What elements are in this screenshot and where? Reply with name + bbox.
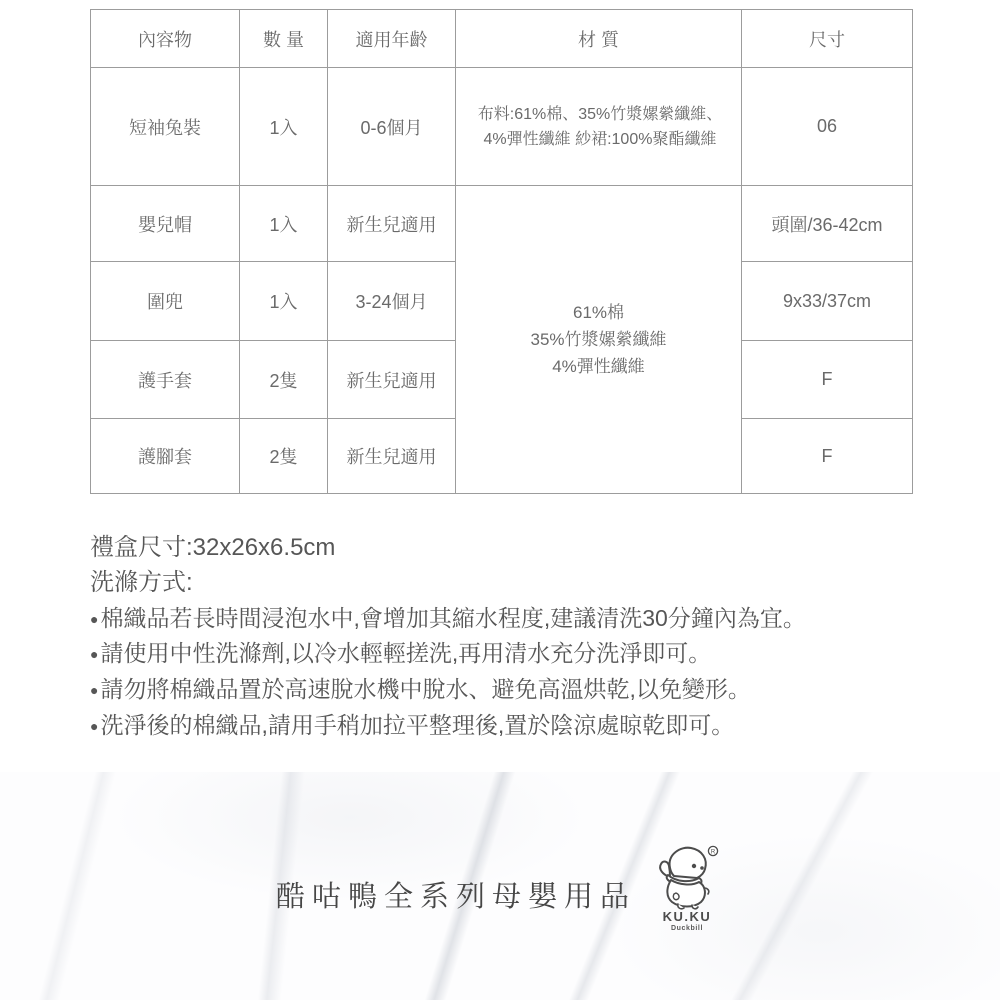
col-header-quantity: 數 量 <box>240 10 328 68</box>
cell-age: 3-24個月 <box>328 262 456 341</box>
cell-item: 短袖兔裝 <box>91 68 240 186</box>
giftbox-size-text: 禮盒尺寸:32x26x6.5cm <box>90 531 950 566</box>
col-header-size: 尺寸 <box>742 10 913 68</box>
care-info-block: 禮盒尺寸:32x26x6.5cm 洗滌方式: ●棉織品若長時間浸泡水中,會增加其… <box>90 531 950 744</box>
cell-quantity: 1入 <box>240 68 328 186</box>
duck-icon: R <box>654 844 720 912</box>
material-line: 35%竹漿嫘縈纖維 <box>456 326 741 353</box>
cell-age: 新生兒適用 <box>328 419 456 494</box>
brand-name-text: KU.KU <box>663 910 712 923</box>
cell-size: 頭圍/36-42cm <box>742 186 913 262</box>
brand-slogan: 酷咕鴨全系列母嬰用品 <box>276 874 636 915</box>
cell-size: 06 <box>742 68 913 186</box>
wash-note: ●洗淨後的棉織品,請用手稍加拉平整理後,置於陰涼處晾乾即可。 <box>90 708 950 744</box>
wash-note-text: 棉織品若長時間浸泡水中,會增加其縮水程度,建議清洗30分鐘內為宜。 <box>100 605 805 631</box>
col-header-contents: 內容物 <box>91 10 240 68</box>
cell-size: 9x33/37cm <box>742 262 913 341</box>
cell-material-bunnysuit: 布料:61%棉、35%竹漿嫘縈纖維、 4%彈性纖維 紗裙:100%聚酯纖維 <box>456 68 742 186</box>
cell-quantity: 1入 <box>240 186 328 262</box>
spec-table: 內容物 數 量 適用年齡 材 質 尺寸 短袖兔裝 1入 0-6個月 布料:61%… <box>90 9 913 494</box>
material-line: 布料:61%棉、35%竹漿嫘縈纖維、 <box>467 102 733 127</box>
wash-note: ●請使用中性洗滌劑,以冷水輕輕搓洗,再用清水充分洗淨即可。 <box>90 636 950 672</box>
material-line: 4%彈性纖維 紗裙:100%聚酯纖維 <box>467 127 733 152</box>
material-line: 61%棉 <box>456 299 741 326</box>
wash-note-text: 洗淨後的棉織品,請用手稍加拉平整理後,置於陰涼處晾乾即可。 <box>100 712 734 738</box>
wash-note-text: 請使用中性洗滌劑,以冷水輕輕搓洗,再用清水充分洗淨即可。 <box>100 640 711 666</box>
wash-note: ●請勿將棉織品置於高速脫水機中脫水、避免高溫烘乾,以免變形。 <box>90 672 950 708</box>
kuku-duck-logo: R KU.KU Duckbill <box>650 844 724 932</box>
cell-age: 0-6個月 <box>328 68 456 186</box>
cell-item: 嬰兒帽 <box>91 186 240 262</box>
wash-note: ●棉織品若長時間浸泡水中,會增加其縮水程度,建議清洗30分鐘內為宜。 <box>90 601 950 637</box>
cell-material-merged: 61%棉 35%竹漿嫘縈纖維 4%彈性纖維 <box>456 186 742 494</box>
cell-item: 圍兜 <box>91 262 240 341</box>
cell-quantity: 2隻 <box>240 341 328 419</box>
table-header-row: 內容物 數 量 適用年齡 材 質 尺寸 <box>91 10 913 68</box>
bullet-icon: ● <box>90 718 98 734</box>
cell-quantity: 1入 <box>240 262 328 341</box>
cell-item: 護腳套 <box>91 419 240 494</box>
wash-note-text: 請勿將棉織品置於高速脫水機中脫水、避免高溫烘乾,以免變形。 <box>100 676 750 702</box>
svg-text:R: R <box>711 849 716 855</box>
cell-size: F <box>742 341 913 419</box>
cell-quantity: 2隻 <box>240 419 328 494</box>
footer-brand-row: 酷咕鴨全系列母嬰用品 <box>0 838 1000 938</box>
cell-age: 新生兒適用 <box>328 186 456 262</box>
bullet-icon: ● <box>90 682 98 698</box>
col-header-material: 材 質 <box>456 10 742 68</box>
product-spec-page: 內容物 數 量 適用年齡 材 質 尺寸 短袖兔裝 1入 0-6個月 布料:61%… <box>0 0 1000 1000</box>
table-row: 短袖兔裝 1入 0-6個月 布料:61%棉、35%竹漿嫘縈纖維、 4%彈性纖維 … <box>91 68 913 186</box>
wash-method-title: 洗滌方式: <box>90 566 950 601</box>
cell-item: 護手套 <box>91 341 240 419</box>
bullet-icon: ● <box>90 611 98 627</box>
material-line: 4%彈性纖維 <box>456 353 741 380</box>
brand-subname-text: Duckbill <box>671 925 703 932</box>
cell-size: F <box>742 419 913 494</box>
table-row: 嬰兒帽 1入 新生兒適用 61%棉 35%竹漿嫘縈纖維 4%彈性纖維 頭圍/36… <box>91 186 913 262</box>
col-header-age: 適用年齡 <box>328 10 456 68</box>
cell-age: 新生兒適用 <box>328 341 456 419</box>
bullet-icon: ● <box>90 646 98 662</box>
